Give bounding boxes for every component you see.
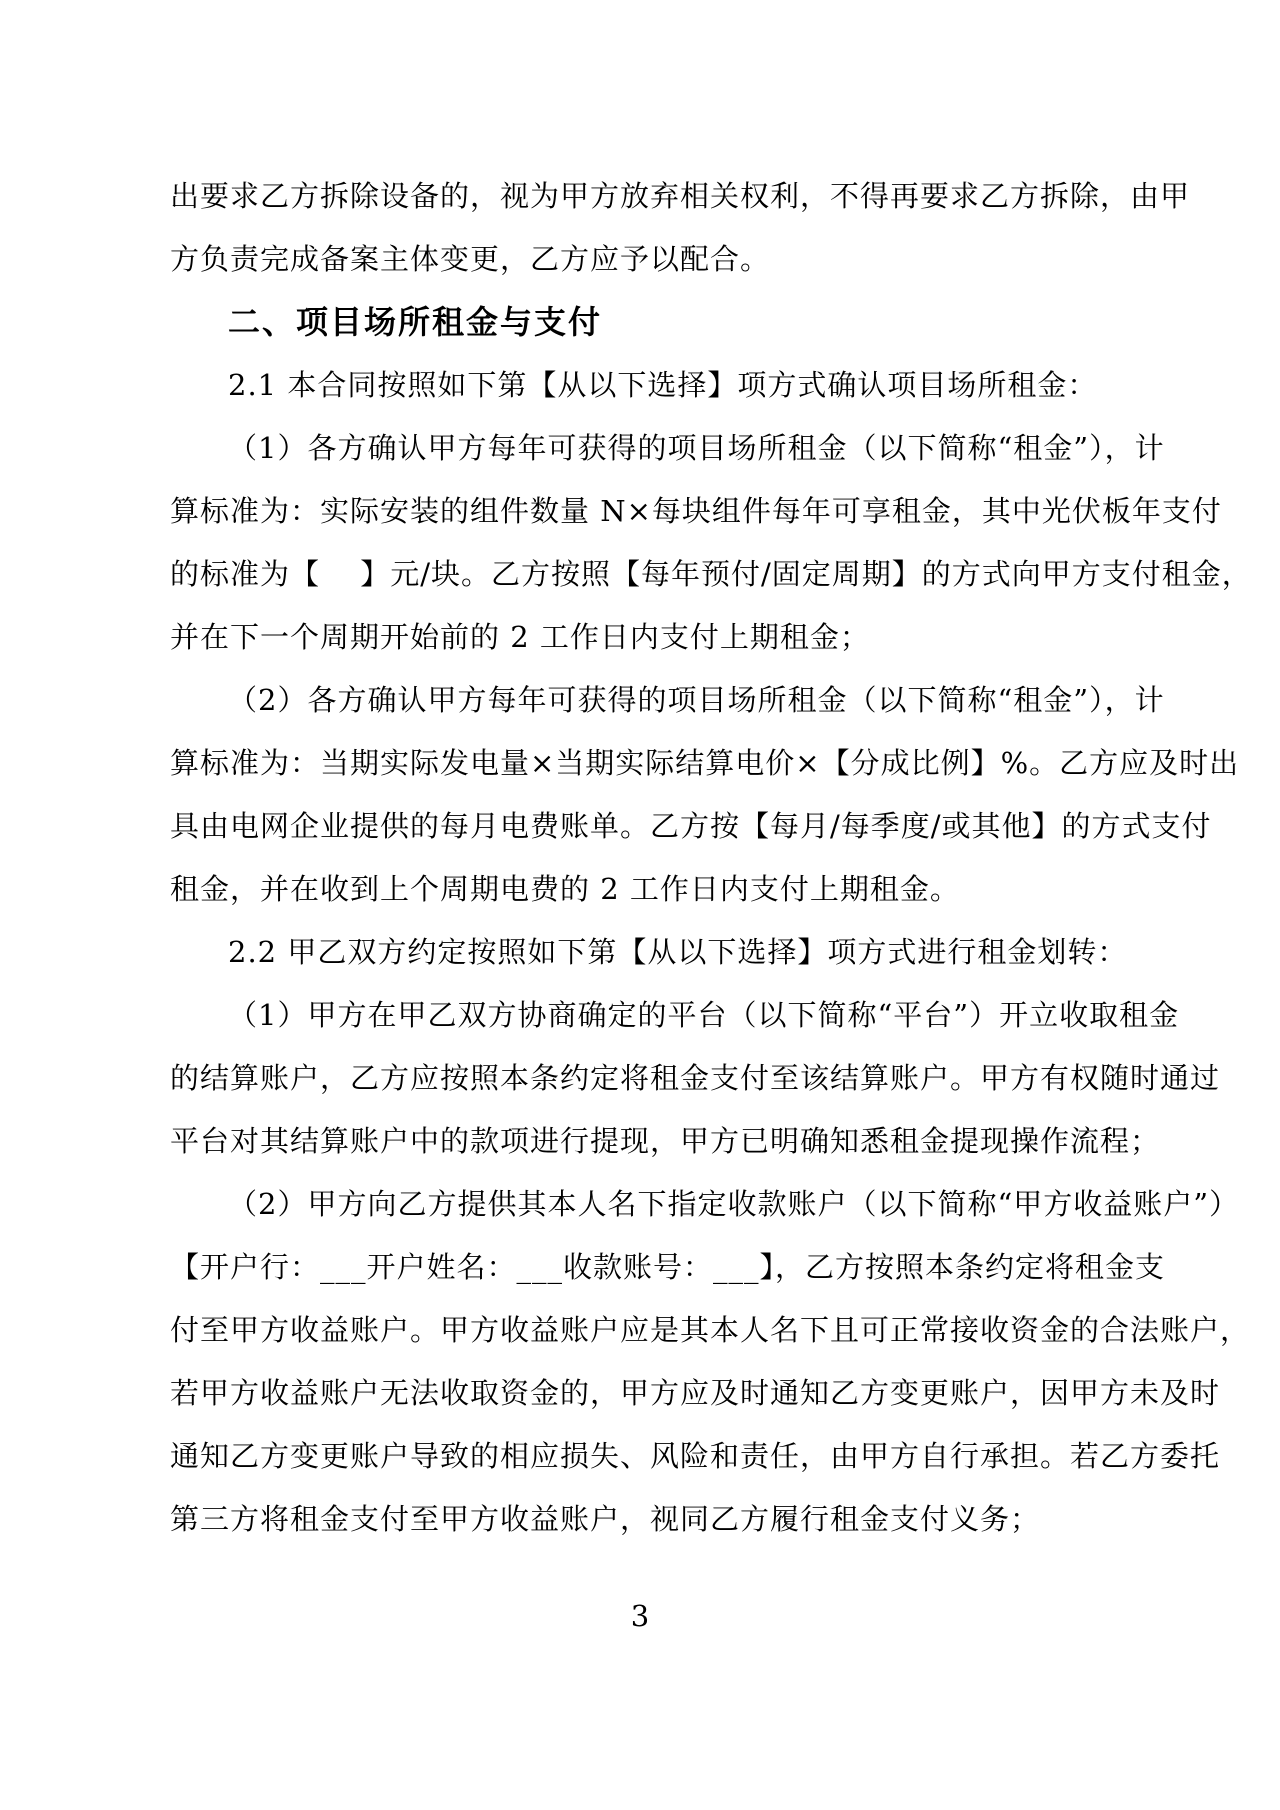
body-line: 出要求乙方拆除设备的，视为甲方放弃相关权利，不得再要求乙方拆除，由甲	[170, 165, 1130, 228]
contract-page-body: 出要求乙方拆除设备的，视为甲方放弃相关权利，不得再要求乙方拆除，由甲 方负责完成…	[170, 165, 1130, 1551]
page-number: 3	[0, 1585, 1280, 1648]
body-line: 方负责完成备案主体变更，乙方应予以配合。	[170, 228, 1130, 291]
clause-2-2-line: 2.2 甲乙双方约定按照如下第【从以下选择】项方式进行租金划转：	[170, 921, 1130, 984]
body-line: 若甲方收益账户无法收取资金的，甲方应及时通知乙方变更账户，因甲方未及时	[170, 1362, 1130, 1425]
body-line: 算标准为：实际安装的组件数量 N×每块组件每年可享租金，其中光伏板年支付	[170, 480, 1130, 543]
body-line: 的标准为【 】元/块。乙方按照【每年预付/固定周期】的方式向甲方支付租金，	[170, 543, 1130, 606]
body-line: 付至甲方收益账户。甲方收益账户应是其本人名下且可正常接收资金的合法账户，	[170, 1299, 1130, 1362]
bank-account-blanks-line: 【开户行：___开户姓名：___收款账号：___】，乙方按照本条约定将租金支	[170, 1236, 1130, 1299]
section-heading: 二、项目场所租金与支付	[170, 291, 1130, 354]
body-line: 具由电网企业提供的每月电费账单。乙方按【每月/每季度/或其他】的方式支付	[170, 795, 1130, 858]
clause-2-2-item-1-line: （1）甲方在甲乙双方协商确定的平台（以下简称“平台”）开立收取租金	[170, 984, 1130, 1047]
body-line: 并在下一个周期开始前的 2 工作日内支付上期租金；	[170, 606, 1130, 669]
body-line: 平台对其结算账户中的款项进行提现，甲方已明确知悉租金提现操作流程；	[170, 1110, 1130, 1173]
body-line: 算标准为：当期实际发电量×当期实际结算电价×【分成比例】%。乙方应及时出	[170, 732, 1130, 795]
clause-2-2-item-2-line: （2）甲方向乙方提供其本人名下指定收款账户（以下简称“甲方收益账户”）	[170, 1173, 1130, 1236]
clause-2-1-item-2-line: （2）各方确认甲方每年可获得的项目场所租金（以下简称“租金”），计	[170, 669, 1130, 732]
body-line: 租金，并在收到上个周期电费的 2 工作日内支付上期租金。	[170, 858, 1130, 921]
clause-2-1-item-1-line: （1）各方确认甲方每年可获得的项目场所租金（以下简称“租金”），计	[170, 417, 1130, 480]
body-line: 第三方将租金支付至甲方收益账户，视同乙方履行租金支付义务；	[170, 1488, 1130, 1551]
clause-2-1-line: 2.1 本合同按照如下第【从以下选择】项方式确认项目场所租金：	[170, 354, 1130, 417]
body-line: 的结算账户，乙方应按照本条约定将租金支付至该结算账户。甲方有权随时通过	[170, 1047, 1130, 1110]
body-line: 通知乙方变更账户导致的相应损失、风险和责任，由甲方自行承担。若乙方委托	[170, 1425, 1130, 1488]
